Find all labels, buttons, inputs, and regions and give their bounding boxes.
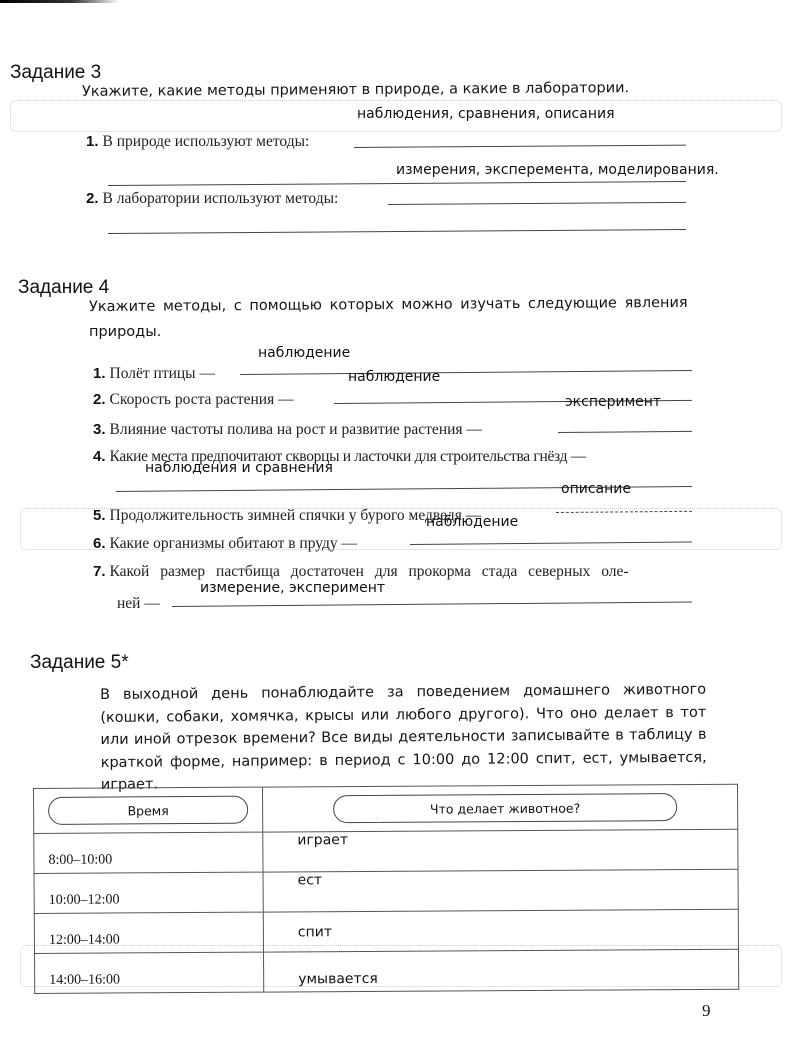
item-number: 4.	[93, 448, 106, 465]
table-header-row: Время Что делает животное?	[34, 784, 738, 833]
item-number: 2.	[86, 190, 99, 207]
activity-cell: ест	[263, 869, 738, 912]
task4-item-6: 6.Какие организмы обитают в пруду —	[93, 535, 357, 553]
task4-answer-4: наблюдения и сравнения	[145, 460, 333, 476]
table-row: 14:00–16:00 умывается	[35, 949, 739, 993]
task3-answer-2: измерения, эксперемента, моделирования.	[396, 162, 719, 178]
header-cell-time: Время	[34, 787, 263, 833]
time-cell: 8:00–10:00	[34, 832, 263, 873]
item-label: Полёт птицы —	[110, 365, 215, 382]
task4-item-1: 1.Полёт птицы —	[93, 365, 215, 383]
task4-answer-7: измерение, эксперимент	[200, 580, 385, 596]
task5-title: Задание 5*	[30, 652, 129, 674]
task4-answer-3: эксперимент	[565, 394, 661, 410]
item-number: 6.	[93, 535, 106, 552]
task4-title: Задание 4	[18, 277, 109, 299]
item-label: В природе используют методы:	[103, 133, 310, 150]
activity-cell: играет	[263, 829, 738, 872]
header-time-label: Время	[48, 796, 248, 825]
activity-cell: умывается	[264, 949, 739, 992]
schedule-table: Время Что делает животное? 8:00–10:00 иг…	[33, 784, 739, 994]
activity-cell: спит	[263, 909, 738, 952]
item-label: Влияние частоты полива на рост и развити…	[110, 421, 482, 438]
item-label: Какие организмы обитают в пруду —	[110, 535, 358, 552]
item-number: 5.	[93, 507, 106, 524]
task3-item-1: 1.В природе используют методы:	[86, 133, 309, 151]
item-label: Скорость роста растения —	[110, 391, 294, 408]
task4-item-7-cont: ней —	[117, 595, 160, 613]
item-number: 2.	[93, 391, 106, 408]
scan-artifact	[0, 0, 120, 3]
table-row: 12:00–14:00 спит	[34, 909, 738, 953]
task4-answer-5: описание	[561, 481, 631, 497]
answer-line	[108, 229, 686, 234]
item-number: 1.	[93, 365, 106, 382]
table-row: 8:00–10:00 играет	[34, 829, 738, 873]
item-label: Какой размер пастбища достаточен для про…	[110, 563, 629, 580]
item-label: В лаборатории используют методы:	[103, 190, 339, 207]
answer-line	[172, 601, 692, 607]
task4-item-5: 5.Продолжительность зимней спячки у буро…	[93, 507, 481, 525]
table-row: 10:00–12:00 ест	[34, 869, 738, 913]
answer-line	[388, 202, 686, 205]
item-number: 3.	[93, 421, 106, 438]
item-number: 1.	[86, 133, 99, 150]
task4-answer-2: наблюдение	[348, 369, 440, 385]
page-number: 9	[702, 1001, 711, 1021]
time-cell: 12:00–14:00	[34, 912, 263, 953]
answer-line	[108, 181, 686, 186]
task3-item-2: 2.В лаборатории используют методы:	[86, 190, 338, 208]
task3-prompt: Укажите, какие методы применяют в природ…	[82, 80, 629, 100]
task4-answer-1: наблюдение	[258, 345, 350, 361]
answer-line	[240, 370, 692, 375]
task4-item-7: 7.Какой размер пастбища достаточен для п…	[93, 563, 629, 581]
task4-item-2: 2.Скорость роста растения —	[93, 391, 294, 409]
task4-answer-6: наблюдение	[426, 514, 518, 530]
header-cell-activity: Что делает животное?	[262, 784, 737, 832]
task3-title: Задание 3	[10, 62, 101, 84]
task4-item-3: 3.Влияние частоты полива на рост и разви…	[93, 421, 482, 439]
item-number: 7.	[93, 563, 106, 580]
task4-prompt-line1: Укажите методы, с помощью которых можно …	[89, 295, 688, 315]
task3-answer-1: наблюдения, сравнения, описания	[357, 106, 615, 122]
answer-line	[558, 431, 692, 433]
time-cell: 10:00–12:00	[34, 872, 263, 913]
task4-prompt-line2: природы.	[89, 324, 161, 340]
header-activity-label: Что делает животное?	[333, 793, 677, 823]
time-cell: 14:00–16:00	[35, 952, 264, 993]
answer-line	[354, 145, 686, 148]
task5-paragraph: В выходной день понаблюдайте за поведени…	[100, 679, 707, 797]
